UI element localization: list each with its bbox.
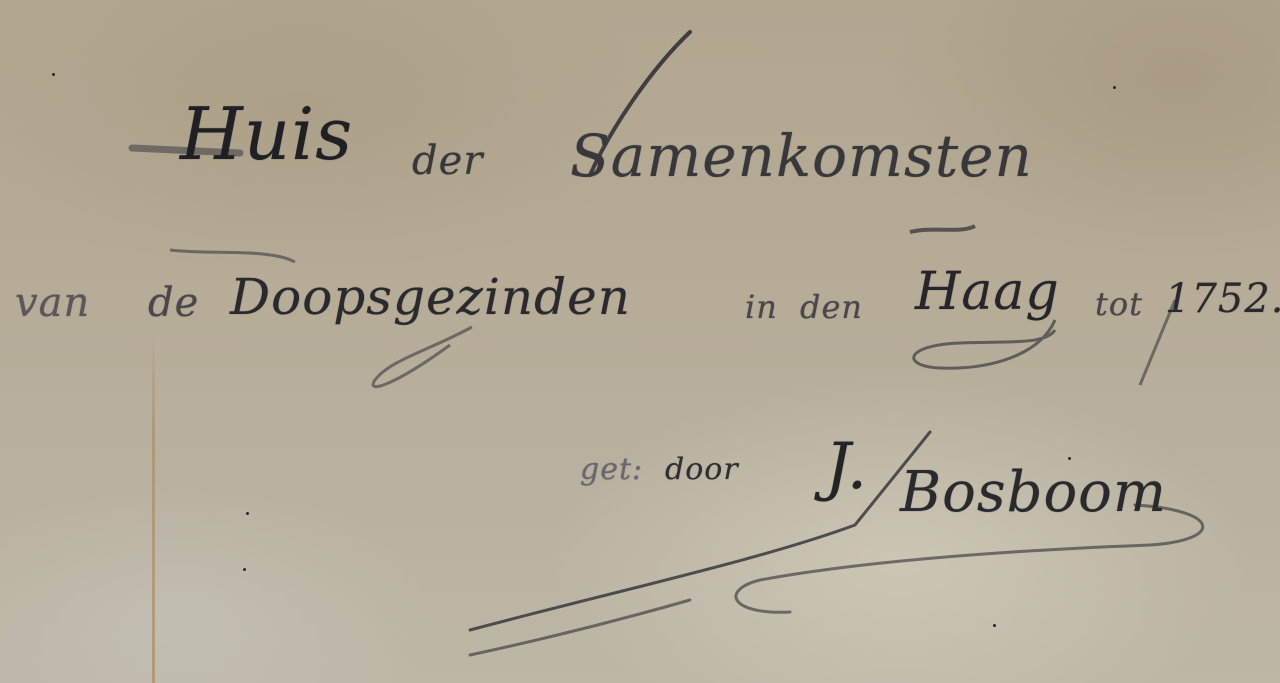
paper-fold-line (152, 330, 155, 683)
word-tot: tot (1095, 285, 1143, 323)
word-de: de (148, 280, 199, 326)
signature-initial: J. (825, 430, 868, 504)
word-door: door (665, 452, 739, 487)
word-get: get: (580, 452, 643, 487)
word-der: der (412, 138, 483, 184)
ink-speck (52, 73, 55, 76)
ink-speck (243, 568, 246, 571)
word-samenkomsten: Samenkomsten (570, 122, 1033, 190)
word-van: van (15, 280, 90, 326)
word-in: in (745, 288, 778, 326)
ink-speck (1113, 86, 1116, 89)
signature-surname: Bosboom (900, 460, 1167, 525)
ink-speck (246, 512, 249, 515)
word-haag: Haag (915, 262, 1060, 322)
year-1752: 1752. (1165, 276, 1280, 322)
word-doopsgezinden: Doopsgezinden (230, 268, 631, 326)
word-huis: Huis (180, 92, 353, 176)
ink-speck (993, 624, 996, 627)
word-den: den (800, 288, 863, 326)
